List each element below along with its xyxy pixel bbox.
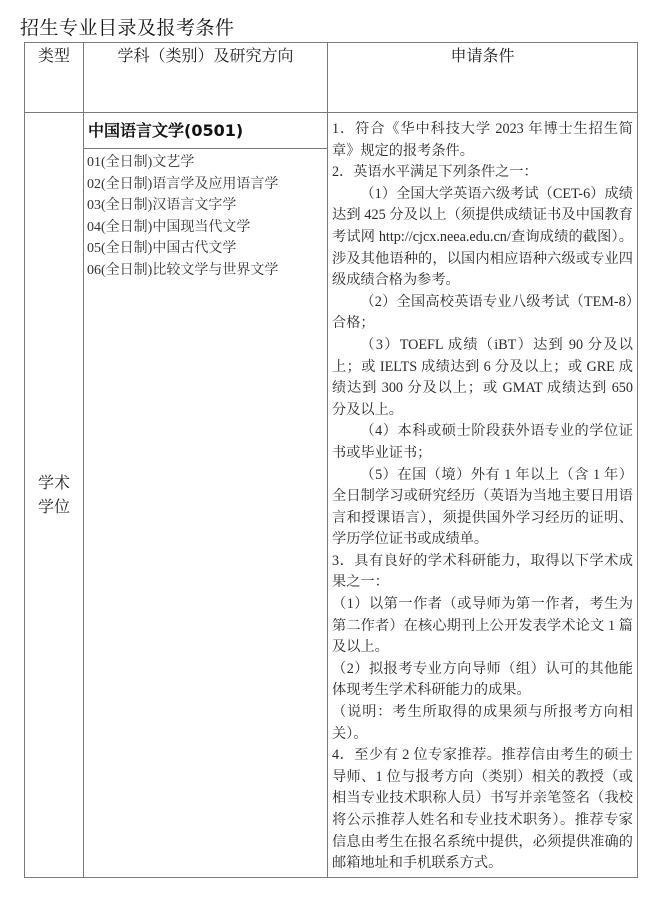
document-title: 招生专业目录及报考条件 (20, 15, 235, 41)
subject-name: 中国语言文学(0501) (84, 113, 327, 149)
condition-paragraph: 2．英语水平满足下列条件之一： (332, 162, 633, 184)
condition-paragraph: （2）拟报考专业方向导师（组）认可的其他能体现考生学术科研能力的成果。 (332, 659, 633, 702)
research-direction-list: 01(全日制)文艺学 02(全日制)语言学及应用语言学 03(全日制)汉语言文字… (84, 149, 327, 281)
degree-type-line: 学术 (25, 471, 83, 495)
research-direction-item: 01(全日制)文艺学 (87, 152, 327, 174)
table-header-row: 类型 学科（类别）及研究方向 申请条件 (25, 43, 638, 113)
conditions-cell: 1．符合《华中科技大学 2023 年博士生招生简章》规定的报考条件。 2．英语水… (328, 113, 638, 878)
research-direction-item: 02(全日制)语言学及应用语言学 (87, 174, 327, 196)
table-row: 学术 学位 中国语言文学(0501) 01(全日制)文艺学 02(全日制)语言学… (25, 113, 638, 878)
research-direction-item: 03(全日制)汉语言文字学 (87, 195, 327, 217)
condition-paragraph: 1．符合《华中科技大学 2023 年博士生招生简章》规定的报考条件。 (332, 119, 633, 162)
condition-paragraph: （2）全国高校英语专业八级考试（TEM-8）合格； (332, 292, 633, 335)
header-subject: 学科（类别）及研究方向 (84, 43, 328, 113)
condition-paragraph: 4．至少有 2 位专家推荐。推荐信由考生的硕士导师、1 位与报考方向（类别）相关… (332, 745, 633, 875)
condition-paragraph: （1）以第一作者（或导师为第一作者，考生为第二作者）在核心期刊上公开发表学术论文… (332, 594, 633, 659)
subject-cell: 中国语言文学(0501) 01(全日制)文艺学 02(全日制)语言学及应用语言学… (84, 113, 328, 878)
condition-paragraph: （1）全国大学英语六级考试（CET-6）成绩达到 425 分及以上（须提供成绩证… (332, 184, 633, 292)
degree-type-line: 学位 (25, 495, 83, 519)
condition-paragraph: （3）TOEFL 成绩（iBT）达到 90 分及以上；或 IELTS 成绩达到 … (332, 335, 633, 421)
research-direction-item: 06(全日制)比较文学与世界文学 (87, 260, 327, 282)
header-conditions: 申请条件 (328, 43, 638, 113)
header-type: 类型 (25, 43, 84, 113)
degree-type-cell: 学术 学位 (25, 113, 84, 878)
research-direction-item: 04(全日制)中国现当代文学 (87, 217, 327, 239)
condition-paragraph: 3．具有良好的学术科研能力，取得以下学术成果之一： (332, 551, 633, 594)
condition-paragraph: （说明：考生所取得的成果须与所报考方向相关）。 (332, 702, 633, 745)
research-direction-item: 05(全日制)中国古代文学 (87, 238, 327, 260)
condition-paragraph: （5）在国（境）外有 1 年以上（含 1 年）全日制学习或研究经历（英语为当地主… (332, 465, 633, 551)
admission-catalog-table: 类型 学科（类别）及研究方向 申请条件 学术 学位 中国语言文学(0501) 0… (24, 42, 638, 878)
condition-paragraph: （4）本科或硕士阶段获外语专业的学位证书或毕业证书； (332, 421, 633, 464)
